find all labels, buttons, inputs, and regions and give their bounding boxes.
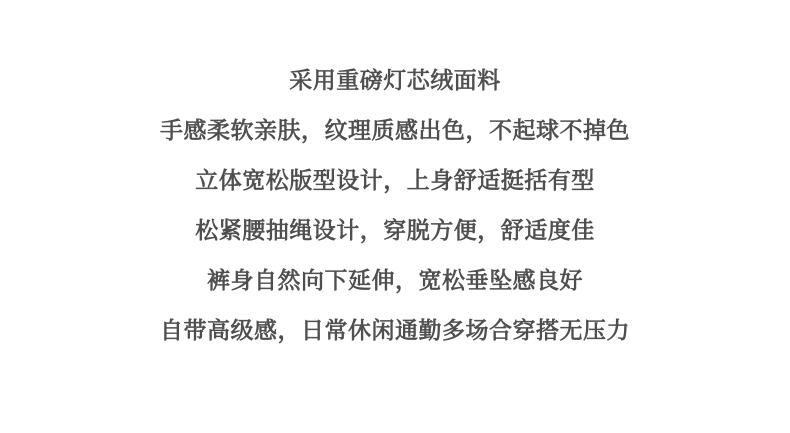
description-line-waist-design: 松紧腰抽绳设计，穿脱方便，舒适度佳 — [0, 205, 790, 255]
description-line-drape: 裤身自然向下延伸，宽松垂坠感良好 — [0, 255, 790, 305]
product-description-page: 采用重磅灯芯绒面料 手感柔软亲肤，纹理质感出色，不起球不掉色 立体宽松版型设计，… — [0, 0, 790, 433]
description-title: 采用重磅灯芯绒面料 — [0, 55, 790, 105]
description-line-fabric-feel: 手感柔软亲肤，纹理质感出色，不起球不掉色 — [0, 105, 790, 155]
description-line-fit-design: 立体宽松版型设计，上身舒适挺括有型 — [0, 155, 790, 205]
description-line-styling: 自带高级感，日常休闲通勤多场合穿搭无压力 — [0, 305, 790, 355]
description-text-block: 采用重磅灯芯绒面料 手感柔软亲肤，纹理质感出色，不起球不掉色 立体宽松版型设计，… — [0, 0, 790, 355]
